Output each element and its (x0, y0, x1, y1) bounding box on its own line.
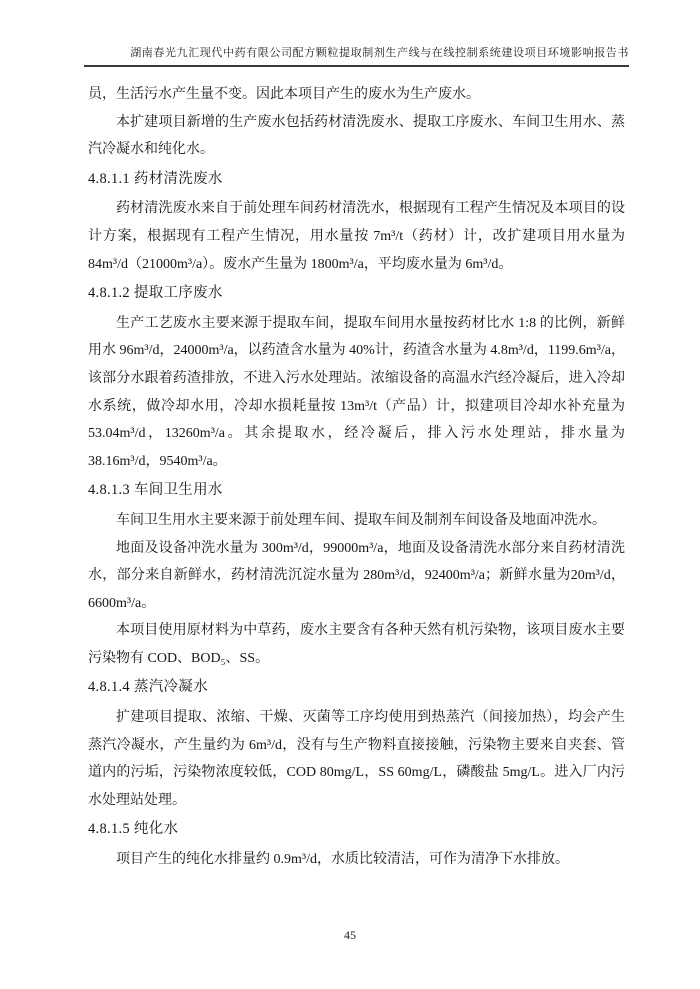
paragraph-steam-condensate: 扩建项目提取、浓缩、干燥、灭菌等工序均使用到热蒸汽（间接加热），均会产生蒸汽冷凝… (88, 704, 625, 814)
document-page: 湖南春光九汇现代中药有限公司配方颗粒提取制剂生产线与在线控制系统建设项目环境影响… (0, 0, 700, 989)
paragraph-pollutants: 本项目使用原材料为中草药，废水主要含有各种天然有机污染物，该项目废水主要污染物有… (88, 617, 625, 672)
paragraph-workshop-sanitation: 车间卫生用水主要来源于前处理车间、提取车间及制剂车间设备及地面冲洗水。 (88, 507, 625, 535)
header-title: 湖南春光九汇现代中药有限公司配方颗粒提取制剂生产线与在线控制系统建设项目环境影响… (84, 44, 629, 60)
paragraph-continued: 员，生活污水产生量不变。因此本项目产生的废水为生产废水。 (88, 81, 625, 109)
paragraph-floor-equipment-flushing: 地面及设备冲洗水量为 300m³/d，99000m³/a，地面及设备清洗水部分来… (88, 535, 625, 618)
paragraph-intro: 本扩建项目新增的生产废水包括药材清洗废水、提取工序废水、车间卫生用水、蒸汽冷凝水… (88, 109, 625, 164)
page-number: 45 (0, 928, 700, 943)
section-heading-4-8-1-4: 4.8.1.4 蒸汽冷凝水 (88, 674, 625, 702)
paragraph-material-washing: 药材清洗废水来自于前处理车间药材清洗水，根据现有工程产生情况及本项目的设计方案，… (88, 195, 625, 278)
paragraph-extraction-process: 生产工艺废水主要来源于提取车间，提取车间用水量按药材比水 1:8 的比例，新鲜用… (88, 310, 625, 476)
section-heading-4-8-1-1: 4.8.1.1 药材清洗废水 (88, 166, 625, 194)
paragraph-purified-water: 项目产生的纯化水排量约 0.9m³/d，水质比较清洁，可作为清净下水排放。 (88, 846, 625, 874)
page-header: 湖南春光九汇现代中药有限公司配方颗粒提取制剂生产线与在线控制系统建设项目环境影响… (84, 44, 629, 67)
section-heading-4-8-1-2: 4.8.1.2 提取工序废水 (88, 280, 625, 308)
document-body: 员，生活污水产生量不变。因此本项目产生的废水为生产废水。 本扩建项目新增的生产废… (88, 81, 625, 874)
section-heading-4-8-1-3: 4.8.1.3 车间卫生用水 (88, 477, 625, 505)
section-heading-4-8-1-5: 4.8.1.5 纯化水 (88, 816, 625, 844)
